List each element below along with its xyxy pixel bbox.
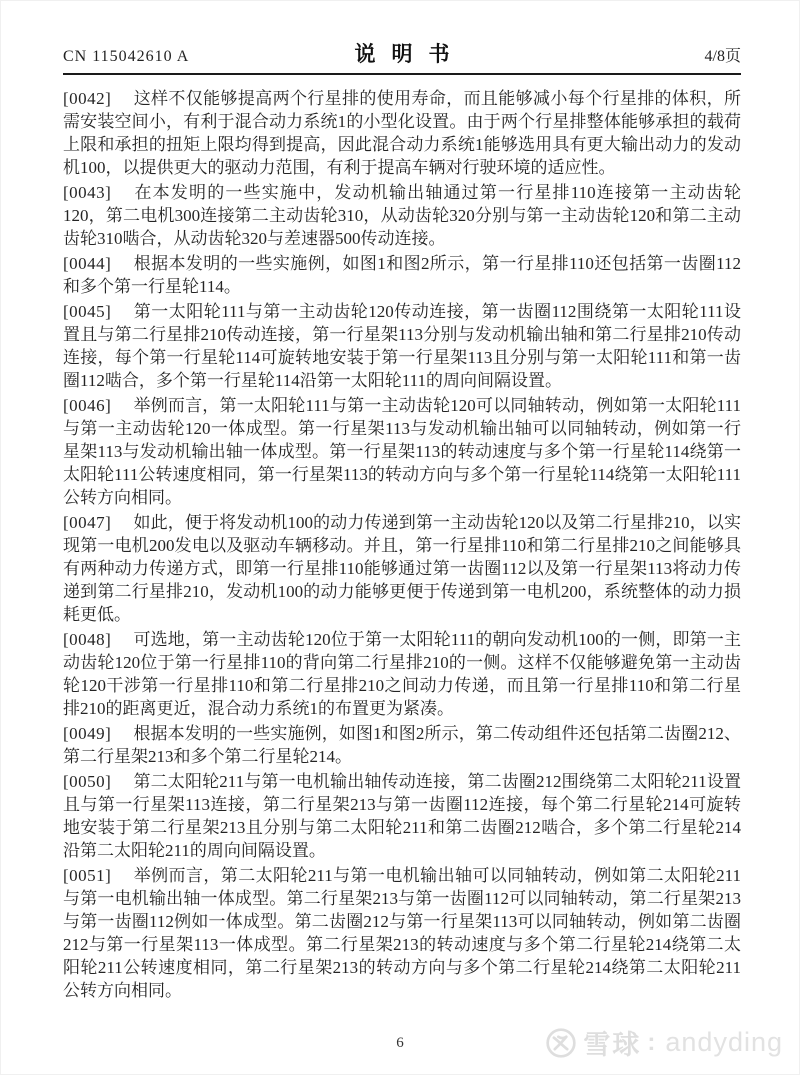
paragraph-text: 第二太阳轮211与第一电机输出轴传动连接，第二齿圈212围绕第二太阳轮211设置… [63, 772, 741, 860]
paragraph-text: 举例而言，第一太阳轮111与第一主动齿轮120可以同轴转动，例如第一太阳轮111… [63, 396, 741, 507]
document-body: [0042]这样不仅能够提高两个行星排的使用寿命，而且能够减小每个行星排的体积，… [63, 87, 741, 1004]
paragraph-0051: [0051]举例而言，第二太阳轮211与第一电机输出轴可以同轴转动，例如第二太阳… [63, 864, 741, 1002]
paragraph-text: 这样不仅能够提高两个行星排的使用寿命，而且能够减小每个行星排的体积，所需安装空间… [63, 89, 741, 177]
paragraph-0043: [0043]在本发明的一些实施中，发动机输出轴通过第一行星排110连接第一主动齿… [63, 181, 741, 250]
paragraph-number: [0050] [63, 770, 111, 793]
paragraph-text: 如此，便于将发动机100的动力传递到第一主动齿轮120以及第二行星排210，以实… [63, 513, 741, 624]
watermark-separator: : [647, 1029, 655, 1057]
paragraph-text: 第一太阳轮111与第一主动齿轮120传动连接，第一齿圈112围绕第一太阳轮111… [63, 302, 741, 390]
paragraph-number: [0044] [63, 252, 111, 275]
patent-document-page: CN 115042610 A 说明书 4/8页 [0042]这样不仅能够提高两个… [0, 0, 800, 1075]
paragraph-text: 在本发明的一些实施中，发动机输出轴通过第一行星排110连接第一主动齿轮120，第… [63, 183, 741, 248]
page-header: CN 115042610 A 说明书 4/8页 [63, 43, 741, 75]
paragraph-0048: [0048]可选地，第一主动齿轮120位于第一太阳轮111的朝向发动机100的一… [63, 628, 741, 720]
paragraph-number: [0048] [63, 628, 111, 651]
paragraph-number: [0043] [63, 181, 111, 204]
paragraph-text: 根据本发明的一些实施例，如图1和图2所示，第二传动组件还包括第二齿圈212、第二… [63, 724, 741, 766]
watermark-username: andyding [665, 1027, 783, 1058]
xueqiu-logo-icon [545, 1027, 577, 1059]
paragraph-0049: [0049]根据本发明的一些实施例，如图1和图2所示，第二传动组件还包括第二齿圈… [63, 722, 741, 768]
paragraph-0047: [0047]如此，便于将发动机100的动力传递到第一主动齿轮120以及第二行星排… [63, 511, 741, 626]
xueqiu-watermark: 雪球 : andyding [545, 1023, 783, 1062]
watermark-brand-text: 雪球 [583, 1023, 641, 1062]
paragraph-number: [0049] [63, 722, 111, 745]
paragraph-text: 根据本发明的一些实施例，如图1和图2所示，第一行星排110还包括第一齿圈112和… [63, 254, 741, 296]
paragraph-text: 举例而言，第二太阳轮211与第一电机输出轴可以同轴转动，例如第二太阳轮211与第… [63, 866, 741, 1000]
document-section-title: 说明书 [63, 38, 741, 68]
paragraph-number: [0046] [63, 394, 111, 417]
paragraph-number: [0051] [63, 864, 111, 887]
paragraph-0046: [0046]举例而言，第一太阳轮111与第一主动齿轮120可以同轴转动，例如第一… [63, 394, 741, 509]
paragraph-number: [0045] [63, 300, 111, 323]
paragraph-number: [0047] [63, 511, 111, 534]
paragraph-0045: [0045]第一太阳轮111与第一主动齿轮120传动连接，第一齿圈112围绕第一… [63, 300, 741, 392]
paragraph-text: 可选地，第一主动齿轮120位于第一太阳轮111的朝向发动机100的一侧，即第一主… [63, 630, 741, 718]
paragraph-0042: [0042]这样不仅能够提高两个行星排的使用寿命，而且能够减小每个行星排的体积，… [63, 87, 741, 179]
paragraph-0044: [0044]根据本发明的一些实施例，如图1和图2所示，第一行星排110还包括第一… [63, 252, 741, 298]
paragraph-0050: [0050]第二太阳轮211与第一电机输出轴传动连接，第二齿圈212围绕第二太阳… [63, 770, 741, 862]
paragraph-number: [0042] [63, 87, 111, 110]
